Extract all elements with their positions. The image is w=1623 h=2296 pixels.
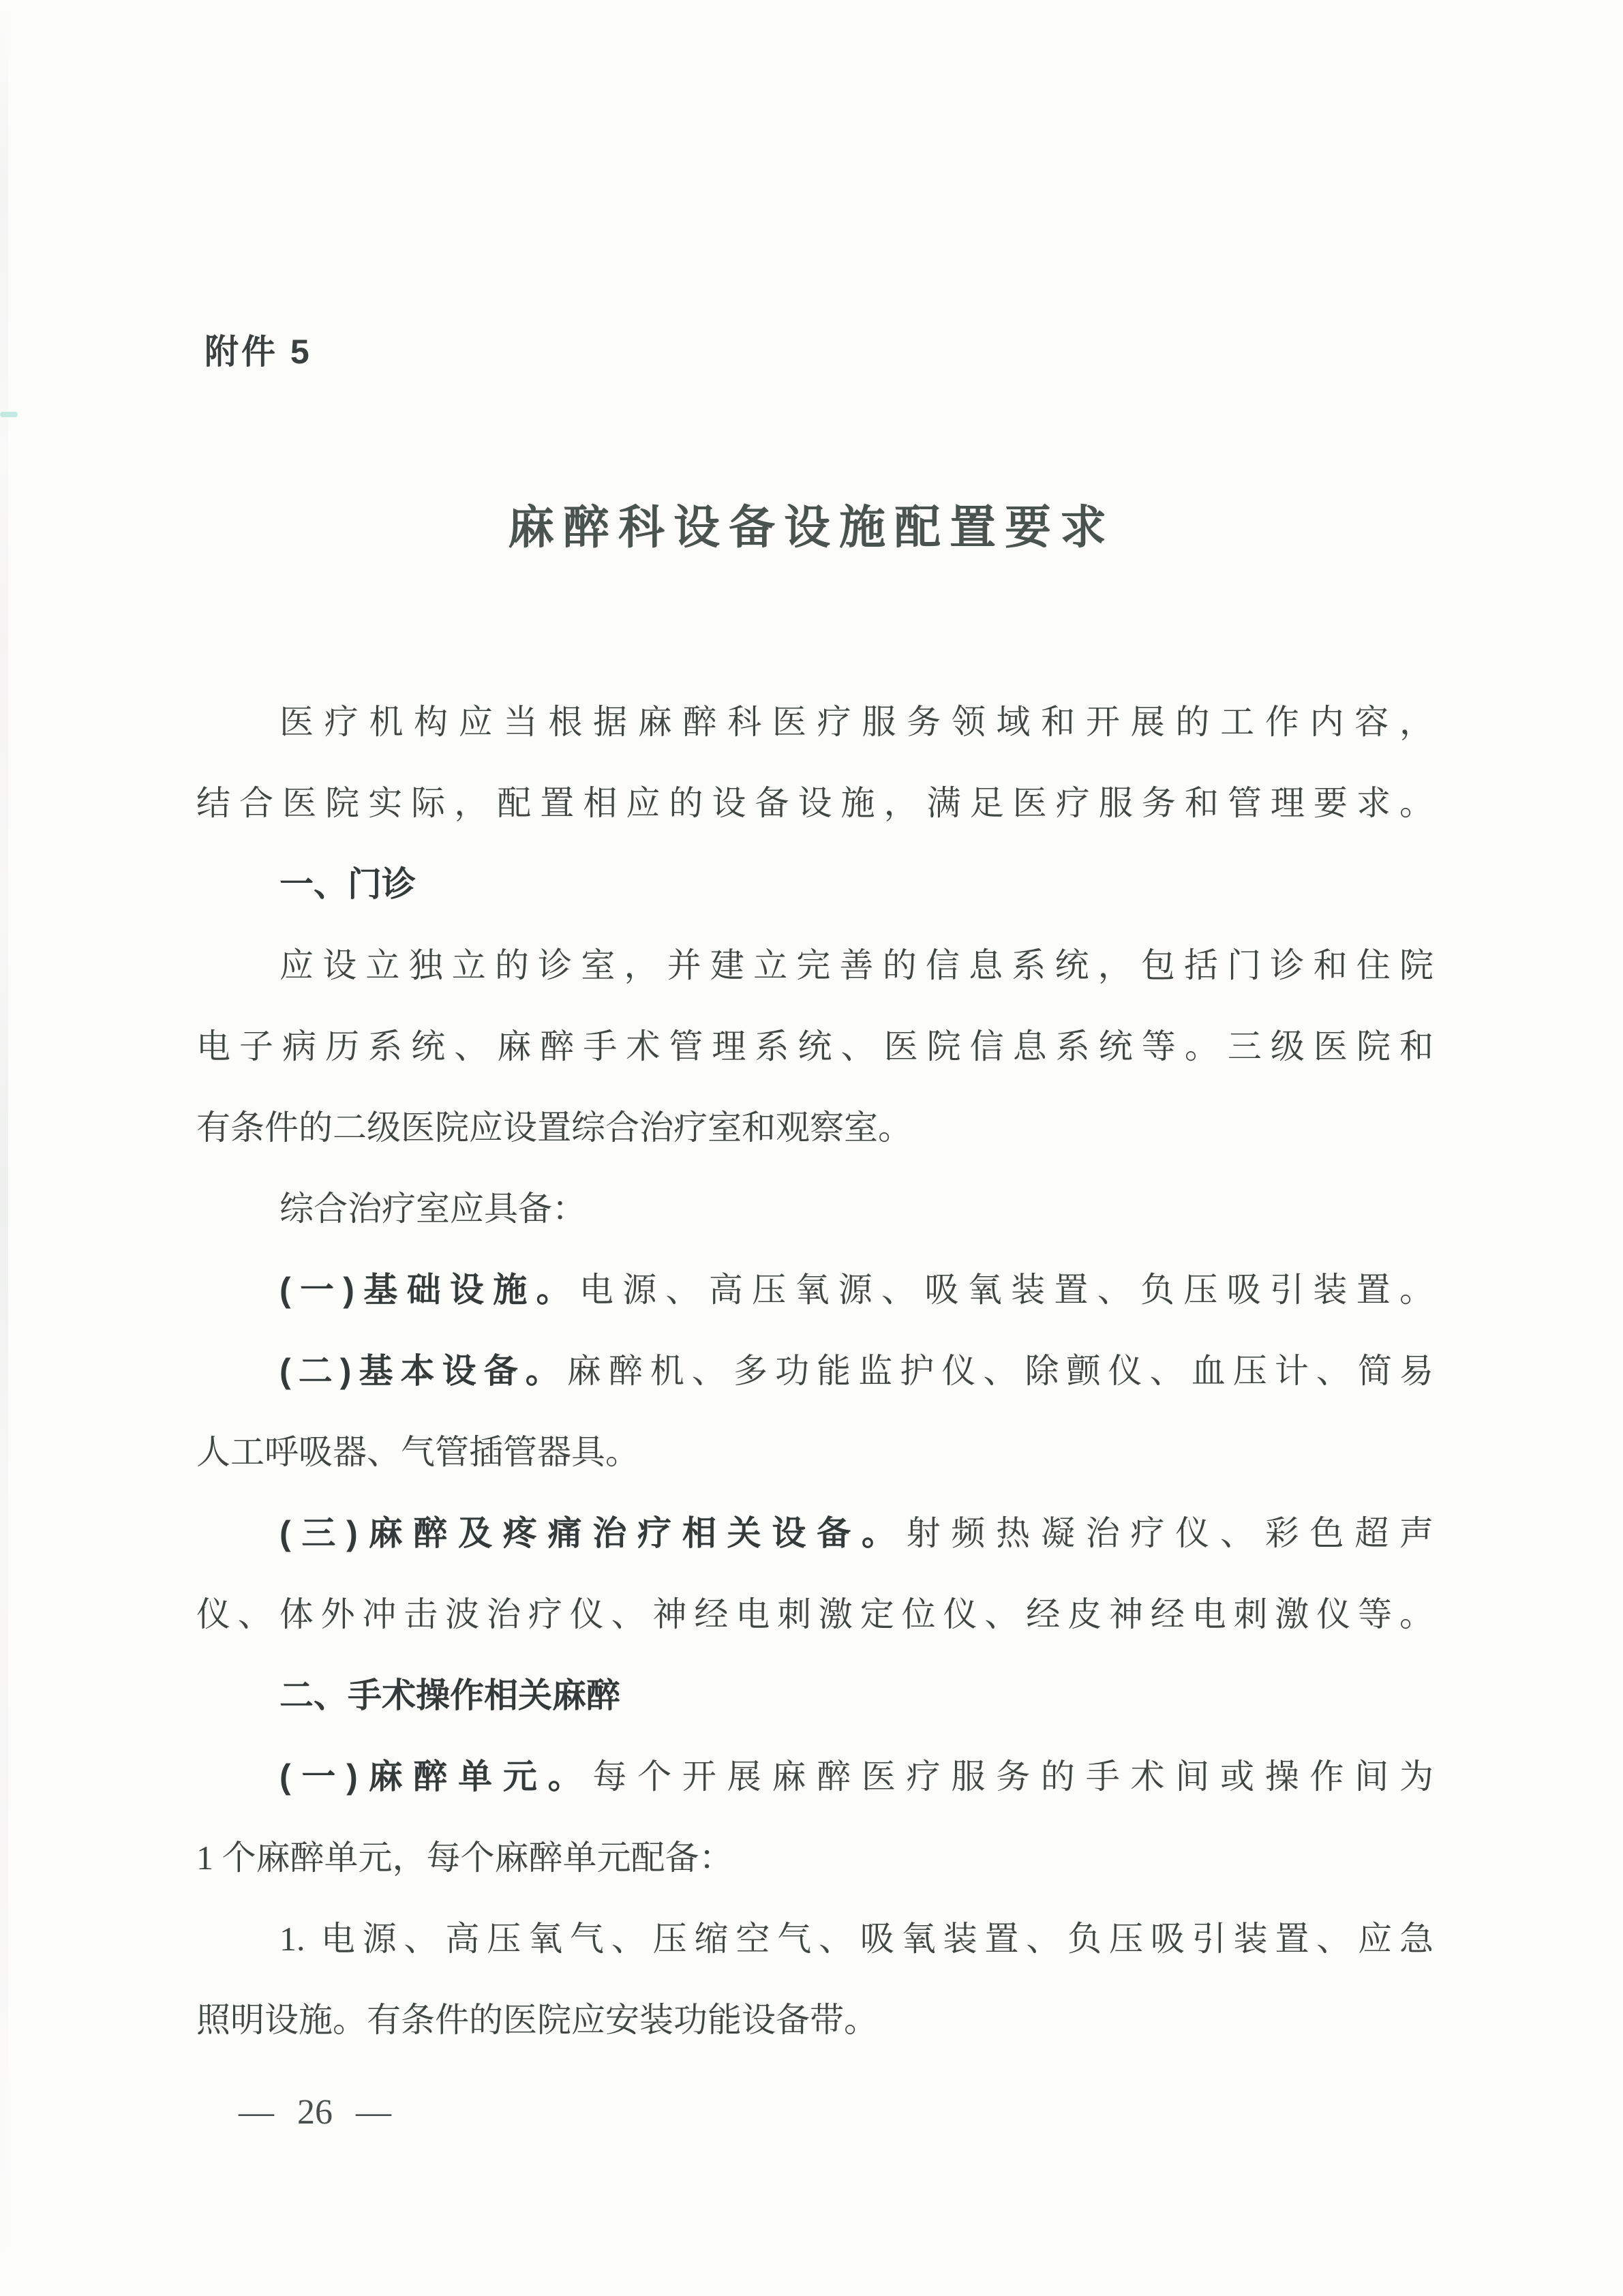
bold-text-run: (一)基础设施。 <box>279 1271 579 1309</box>
text-line: (一)麻醉单元。每个开展麻醉医疗服务的手术间或操作间为 <box>196 1736 1434 1817</box>
text-line: 人工呼吸器、气管插管器具。 <box>196 1412 1434 1493</box>
text-run: 应设立独立的诊室，并建立完善的信息系统，包括门诊和住院 <box>279 946 1434 984</box>
bold-text-run: (二)基本设备。 <box>279 1352 567 1390</box>
bold-text-run: 一、门诊 <box>279 865 416 903</box>
text-line: (一)基础设施。电源、高压氧源、吸氧装置、负压吸引装置。 <box>196 1250 1434 1331</box>
text-line: 1. 电源、高压氧气、压缩空气、吸氧装置、负压吸引装置、应急 <box>196 1899 1434 1980</box>
text-run: 结合医院实际，配置相应的设备设施，满足医疗服务和管理要求。 <box>196 784 1434 822</box>
text-run: 1 个麻醉单元，每个麻醉单元配备： <box>196 1839 733 1877</box>
text-run: 有条件的二级医院应设置综合治疗室和观察室。 <box>196 1108 912 1147</box>
footer-dash-left: — <box>239 2091 274 2134</box>
page-title: 麻醉科设备设施配置要求 <box>0 491 1623 557</box>
text-line: 综合治疗室应具备： <box>196 1168 1434 1250</box>
text-run: 电子病历系统、麻醉手术管理系统、医院信息系统等。三级医院和 <box>196 1027 1434 1066</box>
text-line: 照明设施。有条件的医院应安装功能设备带。 <box>196 1980 1434 2061</box>
bold-text-run: 二、手术操作相关麻醉 <box>279 1676 620 1715</box>
attachment-label: 附件 5 <box>204 324 312 374</box>
page-number: 26 <box>297 2091 333 2134</box>
document-page: 附件 5 麻醉科设备设施配置要求 医疗机构应当根据麻醉科医疗服务领域和开展的工作… <box>0 0 1623 2296</box>
bold-text-run: (三)麻醉及疼痛治疗相关设备。 <box>279 1514 907 1552</box>
footer-dash-right: — <box>356 2091 391 2134</box>
text-line: 结合医院实际，配置相应的设备设施，满足医疗服务和管理要求。 <box>196 763 1434 844</box>
text-run: 综合治疗室应具备： <box>279 1190 586 1228</box>
text-line: (三)麻醉及疼痛治疗相关设备。射频热凝治疗仪、彩色超声 <box>196 1493 1434 1574</box>
text-run: 电源、高压氧源、吸氧装置、负压吸引装置。 <box>579 1271 1434 1309</box>
text-line: (二)基本设备。麻醉机、多功能监护仪、除颤仪、血压计、简易 <box>196 1331 1434 1412</box>
text-line: 医疗机构应当根据麻醉科医疗服务领域和开展的工作内容， <box>196 682 1434 763</box>
text-run: 每个开展麻醉医疗服务的手术间或操作间为 <box>592 1757 1434 1796</box>
text-run: 仪、体外冲击波治疗仪、神经电刺激定位仪、经皮神经电刺激仪等。 <box>196 1595 1434 1633</box>
section-heading: 一、门诊 <box>196 844 1434 925</box>
text-run: 射频热凝治疗仪、彩色超声 <box>907 1514 1434 1552</box>
page-footer: — 26 — <box>239 2091 391 2134</box>
document-body: 医疗机构应当根据麻醉科医疗服务领域和开展的工作内容，结合医院实际，配置相应的设备… <box>196 682 1434 2061</box>
text-line: 仪、体外冲击波治疗仪、神经电刺激定位仪、经皮神经电刺激仪等。 <box>196 1574 1434 1655</box>
text-run: 照明设施。有条件的医院应安装功能设备带。 <box>196 2001 878 2039</box>
scan-edge-teal-mark <box>0 412 18 417</box>
text-line: 应设立独立的诊室，并建立完善的信息系统，包括门诊和住院 <box>196 925 1434 1006</box>
text-line: 有条件的二级医院应设置综合治疗室和观察室。 <box>196 1087 1434 1168</box>
scan-edge-artifact <box>0 0 8 2296</box>
text-run: 1. 电源、高压氧气、压缩空气、吸氧装置、负压吸引装置、应急 <box>279 1920 1434 1958</box>
bold-text-run: (一)麻醉单元。 <box>279 1757 592 1796</box>
text-run: 人工呼吸器、气管插管器具。 <box>196 1433 639 1471</box>
text-run: 麻醉机、多功能监护仪、除颤仪、血压计、简易 <box>567 1352 1434 1390</box>
section-heading: 二、手术操作相关麻醉 <box>196 1655 1434 1736</box>
text-line: 电子病历系统、麻醉手术管理系统、医院信息系统等。三级医院和 <box>196 1006 1434 1087</box>
text-run: 医疗机构应当根据麻醉科医疗服务领域和开展的工作内容， <box>279 703 1434 741</box>
text-line: 1 个麻醉单元，每个麻醉单元配备： <box>196 1817 1434 1899</box>
